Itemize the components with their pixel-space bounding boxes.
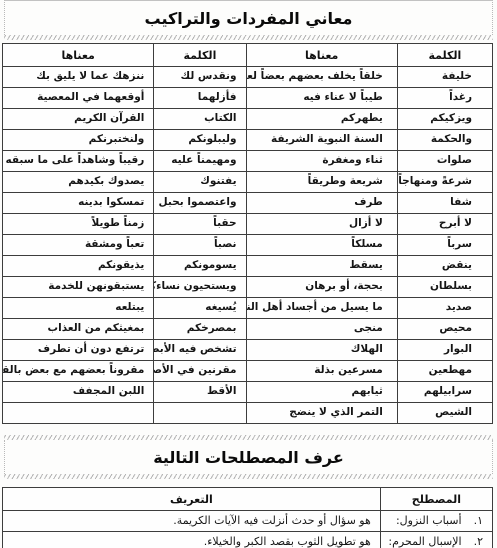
word-cell: بمصرخكم (154, 319, 246, 340)
meaning-cell: مسلكاً (246, 235, 397, 256)
definition-cell: هو سؤال أو حدث أنزلت فيه الآيات الكريمة. (3, 511, 381, 532)
meaning-cell: زمناً طويلاً (3, 214, 154, 235)
document-page: معاني المفردات والتراكيب الكلمة معناها ا… (0, 0, 497, 548)
word-cell: حقباً (154, 214, 246, 235)
meaning-cell: يسقط (246, 256, 397, 277)
terms-table-header: المصطلح التعريف (3, 488, 493, 511)
header-meaning-left: معناها (3, 44, 154, 67)
vocab-row: محيصمنجىبمصرخكمبمغيثكم من العذاب (3, 319, 493, 340)
word-cell: ونقدس لك (154, 67, 246, 88)
header-definition: التعريف (3, 488, 381, 511)
word-cell: فأزلهما (154, 88, 246, 109)
vocab-table-body: خليفةخلقاً يخلف بعضهم بعضاً لعمارة الأرض… (3, 67, 493, 424)
meaning-cell: يبتلعه (3, 298, 154, 319)
meaning-cell: شريعة وطريقاً (246, 172, 397, 193)
meaning-cell: يصدوك بكيدهم (3, 172, 154, 193)
section2-title: عرف المصطلحات التالية (153, 448, 344, 467)
term-label: أسباب النزول: (396, 514, 462, 527)
term-row: ١.أسباب النزول:هو سؤال أو حدث أنزلت فيه … (3, 511, 493, 532)
term-number: ٢. (474, 536, 483, 548)
meaning-cell: مقروناً بعضهم مع بعض بالقيود (3, 361, 154, 382)
meaning-cell: ما يسيل من أجساد أهل النار (246, 298, 397, 319)
meaning-cell: لا أزال (246, 214, 397, 235)
vocab-row: ويزكيكميطهركمالكتابالقرآن الكريم (3, 109, 493, 130)
meaning-cell: ننزهك عما لا يليق بك (3, 67, 154, 88)
section1-title-box: معاني المفردات والتراكيب (4, 0, 493, 35)
meaning-cell: يطهركم (246, 109, 397, 130)
meaning-cell: بمغيثكم من العذاب (3, 319, 154, 340)
word-cell: يفتنوك (154, 172, 246, 193)
word-cell: البوار (397, 340, 492, 361)
word-cell: الكتاب (154, 109, 246, 130)
vocab-row: صلواتثناء ومغفرةومهيمناً عليهرقيباً وشاه… (3, 151, 493, 172)
vocab-table: الكلمة معناها الكلمة معناها خليفةخلقاً ي… (2, 43, 493, 424)
meaning-cell: تمسكوا بدينه (3, 193, 154, 214)
term-label: الإسبال المحرم: (388, 535, 461, 548)
section-spacer (3, 424, 494, 435)
word-cell: واعتصموا بحبل الله (154, 193, 246, 214)
word-cell: خليفة (397, 67, 492, 88)
vocab-row: شفاطرفواعتصموا بحبل اللهتمسكوا بدينه (3, 193, 493, 214)
word-cell: ومهيمناً عليه (154, 151, 246, 172)
section1-title: معاني المفردات والتراكيب (145, 9, 353, 28)
vocab-row: خليفةخلقاً يخلف بعضهم بعضاً لعمارة الأرض… (3, 67, 493, 88)
vocab-row: سرباًمسلكاًنصباًتعباً ومشقة (3, 235, 493, 256)
word-cell: ويستحيون نساءكم (154, 277, 246, 298)
word-cell: ينقض (397, 256, 492, 277)
header-meaning-right: معناها (246, 44, 397, 67)
meaning-cell: يذيقونكم (3, 256, 154, 277)
meaning-cell: التمر الذي لا ينضج (246, 403, 397, 424)
meaning-cell: أوقعهما في المعصية (3, 88, 154, 109)
meaning-cell: خلقاً يخلف بعضهم بعضاً لعمارة الأرض (246, 67, 397, 88)
terms-table: المصطلح التعريف ١.أسباب النزول:هو سؤال أ… (2, 487, 493, 548)
term-cell: ١.أسباب النزول: (380, 511, 492, 532)
term-cell: ٢.الإسبال المحرم: (380, 532, 492, 548)
vocab-row: بسلطانبحجة، أو برهانويستحيون نساءكميستبق… (3, 277, 493, 298)
meaning-cell: القرآن الكريم (3, 109, 154, 130)
vocab-row: شرعةً ومنهاجاًشريعة وطريقاًيفتنوكيصدوك ب… (3, 172, 493, 193)
vocab-row: مهطعينمسرعين بذلةمقرنين في الأصفادمقرونا… (3, 361, 493, 382)
word-cell: محيص (397, 319, 492, 340)
meaning-cell: ترتفع دون أن تطرف (3, 340, 154, 361)
word-cell (154, 403, 246, 424)
word-cell: ويزكيكم (397, 109, 492, 130)
vocab-row: رغداًطيباً لا عناء فيهفأزلهماأوقعهما في … (3, 88, 493, 109)
meaning-cell: الهلاك (246, 340, 397, 361)
header-word-right: الكلمة (397, 44, 492, 67)
vocab-table-header: الكلمة معناها الكلمة معناها (3, 44, 493, 67)
word-cell: مهطعين (397, 361, 492, 382)
section2-title-box: عرف المصطلحات التالية (4, 440, 493, 474)
meaning-cell: ثيابهم (246, 382, 397, 403)
meaning-cell (3, 403, 154, 424)
meaning-cell: السنة النبوية الشريفة (246, 130, 397, 151)
word-cell: شرعةً ومنهاجاً (397, 172, 492, 193)
meaning-cell: تعباً ومشقة (3, 235, 154, 256)
definition-cell: هو تطويل الثوب بقصد الكبر والخيلاء. (3, 532, 381, 548)
vocab-row: صديدما يسيل من أجساد أهل الناريُسيغهيبتل… (3, 298, 493, 319)
vocab-row: لا أبرحلا أزالحقباًزمناً طويلاً (3, 214, 493, 235)
meaning-cell: ثناء ومغفرة (246, 151, 397, 172)
word-cell: يسومونكم (154, 256, 246, 277)
meaning-cell: طيباً لا عناء فيه (246, 88, 397, 109)
word-cell: لا أبرح (397, 214, 492, 235)
meaning-cell: بحجة، أو برهان (246, 277, 397, 298)
word-cell: سرباً (397, 235, 492, 256)
decorative-border-top (4, 35, 493, 40)
word-cell: بسلطان (397, 277, 492, 298)
meaning-cell: ولنختبرنكم (3, 130, 154, 151)
word-cell: رغداً (397, 88, 492, 109)
header-term: المصطلح (380, 488, 492, 511)
vocab-row: البوارالهلاكتشخص فيه الأبصارترتفع دون أن… (3, 340, 493, 361)
vocab-row: الشيصالتمر الذي لا ينضج (3, 403, 493, 424)
meaning-cell: يستبقونهن للخدمة (3, 277, 154, 298)
terms-header-row: المصطلح التعريف (3, 488, 493, 511)
word-cell: مقرنين في الأصفاد (154, 361, 246, 382)
word-cell: شفا (397, 193, 492, 214)
term-number: ١. (474, 515, 483, 528)
header-word-left: الكلمة (154, 44, 246, 67)
term-row: ٢.الإسبال المحرم:هو تطويل الثوب بقصد الك… (3, 532, 493, 548)
section-spacer (3, 479, 494, 487)
word-cell: نصباً (154, 235, 246, 256)
meaning-cell: طرف (246, 193, 397, 214)
meaning-cell: رقيباً وشاهداً على ما سبقه (3, 151, 154, 172)
word-cell: يُسيغه (154, 298, 246, 319)
word-cell: صلوات (397, 151, 492, 172)
word-cell: تشخص فيه الأبصار (154, 340, 246, 361)
meaning-cell: مسرعين بذلة (246, 361, 397, 382)
word-cell: سرابيلهم (397, 382, 492, 403)
terms-table-body: ١.أسباب النزول:هو سؤال أو حدث أنزلت فيه … (3, 511, 493, 548)
word-cell: والحكمة (397, 130, 492, 151)
word-cell: الأقط (154, 382, 246, 403)
vocab-row: والحكمةالسنة النبوية الشريفةوليبلونكمولن… (3, 130, 493, 151)
vocab-row: ينقضيسقطيسومونكميذيقونكم (3, 256, 493, 277)
word-cell: الشيص (397, 403, 492, 424)
meaning-cell: منجى (246, 319, 397, 340)
word-cell: صديد (397, 298, 492, 319)
word-cell: وليبلونكم (154, 130, 246, 151)
vocab-header-row: الكلمة معناها الكلمة معناها (3, 44, 493, 67)
meaning-cell: اللبن المجفف (3, 382, 154, 403)
vocab-row: سرابيلهمثيابهمالأقطاللبن المجفف (3, 382, 493, 403)
